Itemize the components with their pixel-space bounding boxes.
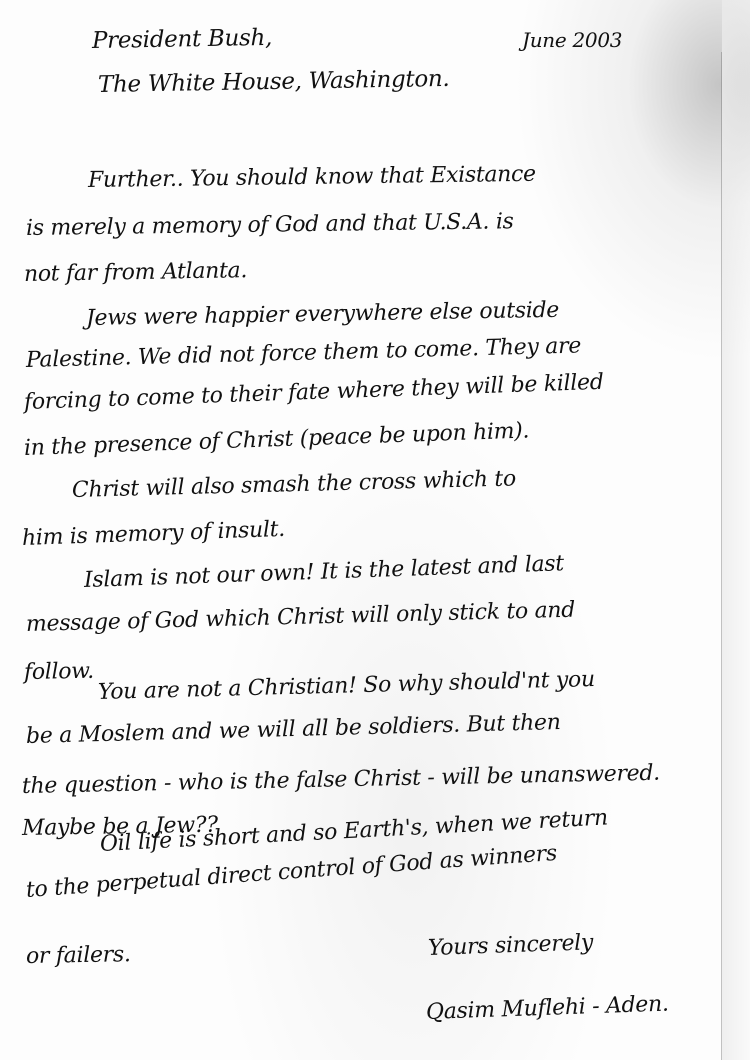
recipient-line-2: The White House, Washington. bbox=[98, 66, 450, 98]
signature: Qasim Muflehi - Aden. bbox=[426, 992, 669, 1025]
body-line-4: Jews were happier everywhere else outsid… bbox=[86, 298, 559, 331]
body-line-8: Christ will also smash the cross which t… bbox=[72, 466, 517, 503]
body-line-9: him is memory of insult. bbox=[22, 517, 286, 551]
body-line-14: be a Moslem and we will all be soldiers.… bbox=[26, 710, 561, 749]
body-line-7: in the presence of Christ (peace be upon… bbox=[24, 418, 530, 461]
body-line-1: Further.. You should know that Existance bbox=[88, 162, 536, 193]
body-line-19: or failers. bbox=[26, 942, 131, 969]
body-line-10: Islam is not our own! It is the latest a… bbox=[84, 551, 565, 593]
body-line-5: Palestine. We did not force them to come… bbox=[26, 333, 582, 373]
closing: Yours sincerely bbox=[428, 930, 594, 961]
paper-edge-shadow bbox=[722, 0, 750, 1060]
body-line-2: is merely a memory of God and that U.S.A… bbox=[26, 209, 514, 241]
body-line-13: You are not a Christian! So why should'n… bbox=[98, 667, 595, 705]
paper-fold-line bbox=[721, 52, 722, 1060]
body-line-15: the question - who is the false Christ -… bbox=[22, 761, 660, 799]
recipient-line-1: President Bush, bbox=[92, 25, 273, 54]
body-line-3: not far from Atlanta. bbox=[24, 258, 247, 287]
letter-date: June 2003 bbox=[522, 28, 622, 52]
letter-page: President Bush, The White House, Washing… bbox=[0, 0, 750, 1060]
body-line-6: forcing to come to their fate where they… bbox=[24, 370, 604, 415]
body-line-11: message of God which Christ will only st… bbox=[26, 598, 576, 637]
body-line-12: follow. bbox=[24, 659, 94, 685]
